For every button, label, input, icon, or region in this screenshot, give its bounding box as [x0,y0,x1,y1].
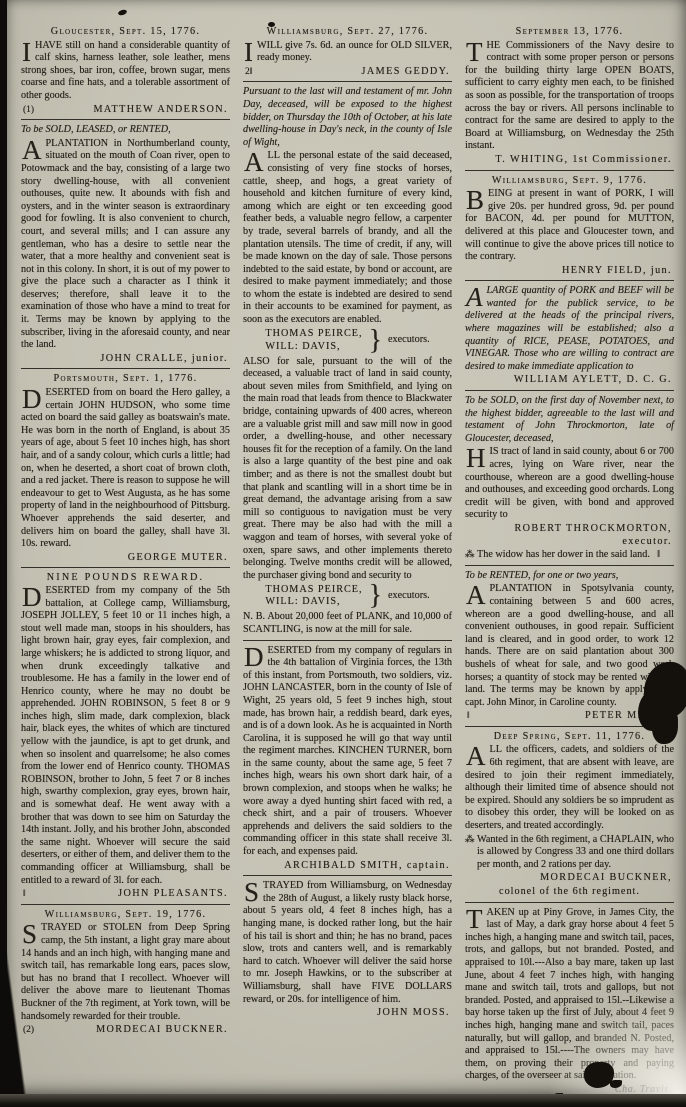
ad-body-text: ESERTED from my company of regulars in t… [243,645,452,858]
drop-cap: A [465,583,490,606]
executors-label: executors. [388,590,430,603]
ad-heading: NINE POUNDS REWARD. [21,572,230,585]
dateline: Portsmouth, Sept. 1, 1776. [21,373,230,386]
dateline: September 13, 1776. [465,26,674,39]
ad-body-text: LARGE quantity of PORK and BEEF will be … [465,285,674,372]
ad-body-text: IS tract of land in said county, about 6… [465,446,674,520]
brace-glyph: } [369,583,382,609]
ad-minor-plantation-rent: To be RENTED, for one or two years, APLA… [465,570,674,723]
signature: JOHN MOSS. [377,1007,450,1020]
page-mark: (2) [23,1024,34,1037]
executors-block: THOMAS PEIRCE, WILL: DAVIS, } executors. [243,583,452,609]
executor-name: THOMAS PEIRCE, [265,584,362,597]
ad-note: The widow has her dower in the said land… [477,549,650,562]
signature-title: colonel of the 6th regiment. [465,886,674,899]
signature: ROBERT THROCKMORTON, executor. [467,523,672,548]
signature: T. WHITING, 1st Commissioner. [495,154,672,167]
drop-cap: H [465,446,490,469]
ad-day-estate-sale: Pursuant to the last will and testament … [243,86,452,636]
separator-rule [465,565,674,566]
drop-cap: A [465,285,487,308]
ad-intro: To be RENTED, for one or two years, [465,570,674,583]
drop-cap: D [21,387,46,410]
ad-body-text: LL the personal estate of the said decea… [243,150,452,325]
signature: GEORGE MUTER. [128,552,228,565]
signature: Cha. Travis. [615,1084,672,1094]
ad-body-text: WILL give 7s. 6d. an ounce for OLD SILVE… [257,40,452,64]
signature: PETER MINOR. [585,710,672,723]
ad-body-text: ESERTED from on board the Hero galley, a… [21,387,230,549]
separator-rule [21,567,230,568]
ad-mark: (1) [23,104,34,117]
ad-body-text: TRAYED from Williamsburg, on Wednesday t… [243,880,452,1004]
executor-name: THOMAS PEIRCE, [265,328,362,341]
ad-body-text: TRAYED or STOLEN from Deep Spring camp, … [21,922,230,1021]
ad-pork-bacon-mutton: Williamsburg, Sept. 9, 1776. BEING at pr… [465,175,674,278]
drop-cap: T [465,907,487,930]
separator-rule [243,81,452,82]
separator-rule [21,904,230,905]
ad-intro: To be SOLD, on the first day of November… [465,395,674,445]
ad-body-text: HE Commissioners of the Navy desire to c… [465,40,674,152]
drop-cap: A [21,138,46,161]
signature: JOHN CRALLE, junior. [100,353,228,366]
ad-nine-pounds-reward: NINE POUNDS REWARD. DESERTED from my com… [21,572,230,900]
ad-mark: ‖ [657,549,674,562]
column-right: September 13, 1776. THE Commissioners of… [465,26,674,1086]
ad-cralle-plantation: To be SOLD, LEASED, or RENTED, APLANTATI… [21,124,230,365]
ad-strayed-mare: Williamsburg, Sept. 19, 1776. STRAYED or… [21,909,230,1037]
ad-navy-open-boats: September 13, 1776. THE Commissioners of… [465,26,674,167]
asterism-mark: ⁂ [465,549,475,562]
separator-rule [21,368,230,369]
signature: JAMES GEDDY. [362,66,451,79]
ad-note: Wanted in the 6th regiment, a CHAPLAIN, … [477,834,674,872]
separator-rule [465,390,674,391]
column-left: Gloucester, Sept. 15, 1776. IHAVE still … [21,26,230,1086]
dateline: Williamsburg, Sept. 19, 1776. [21,909,230,922]
ad-anderson-goods: Gloucester, Sept. 15, 1776. IHAVE still … [21,26,230,116]
ad-mark: ‖ [23,888,26,901]
drop-cap: S [243,880,263,903]
signature: MORDECAI BUCKNER. [96,1024,228,1037]
dateline: Gloucester, Sept. 15, 1776. [21,26,230,39]
drop-cap: A [243,150,268,173]
column-middle: Williamsburg, Sept. 27, 1776. IWILL give… [243,26,452,1086]
signature: ARCHIBALD SMITH, captain. [284,860,450,873]
drop-cap: A [465,744,490,767]
ad-mark: 2‖ [245,66,252,79]
ad-publick-service-provisions: ALARGE quantity of PORK and BEEF will be… [465,285,674,387]
ad-body-text: ALSO for sale, pursuant to the will of t… [243,356,452,583]
drop-cap: I [243,40,257,63]
ad-strayed-black-horse: STRAYED from Williamsburg, on Wednesday … [243,880,452,1020]
executors-block: THOMAS PEIRCE, WILL: DAVIS, } executors. [243,328,452,354]
ad-body-text: EING at present in want of PORK, I will … [465,188,674,262]
drop-cap: D [243,645,268,668]
newspaper-page: Gloucester, Sept. 15, 1776. IHAVE still … [7,0,686,1094]
ad-body-text: AKEN up at Piny Grove, in James City, th… [465,907,674,1082]
ad-body-text: LL the officers, cadets, and soldiers of… [465,744,674,831]
ad-sixth-regiment-orders: Deep Spring, Sept. 11, 1776. ALL the off… [465,731,674,899]
separator-rule [465,280,674,281]
separator-rule [465,902,674,903]
drop-cap: T [465,40,487,63]
page-bottom-edge [0,1094,686,1107]
nota-bene: N. B. About 20,000 feet of PLANK, and 10… [243,611,452,636]
signature: MATTHEW ANDERSON. [93,104,228,117]
dateline: Deep Spring, Sept. 11, 1776. [465,731,674,744]
ad-throckmorton-land: To be SOLD, on the first day of November… [465,395,674,562]
signature: MORDECAI BUCKNER, [540,872,672,885]
ad-body-text: HAVE still on hand a considerable quanti… [21,40,230,101]
ad-lancaster-turner-deserters: DESERTED from my company of regulars in … [243,645,452,873]
ad-hudson-deserter: Portsmouth, Sept. 1, 1776. DESERTED from… [21,373,230,564]
ad-intro: Pursuant to the last will and testament … [243,86,452,149]
executor-name: WILL: DAVIS, [265,341,362,354]
separator-rule [21,119,230,120]
brace-glyph: } [369,328,382,354]
ad-intro: To be SOLD, LEASED, or RENTED, [21,124,230,137]
dateline: Williamsburg, Sept. 9, 1776. [465,175,674,188]
drop-cap: D [21,585,46,608]
ad-mark: ‖ [467,710,470,723]
ad-body-text: PLANTATION in Spotsylvania county, conta… [465,583,674,707]
executor-name: WILL: DAVIS, [265,596,362,609]
separator-rule [465,170,674,171]
drop-cap: I [21,40,35,63]
signature: HENRY FIELD, jun. [562,265,672,278]
ad-old-silver: Williamsburg, Sept. 27, 1776. IWILL give… [243,26,452,78]
separator-rule [243,875,452,876]
separator-rule [465,726,674,727]
separator-rule [243,640,452,641]
ad-taken-up-horses: TAKEN up at Piny Grove, in James City, t… [465,907,674,1094]
ad-body-text: ESERTED from my company of the 5th batta… [21,585,230,886]
asterism-mark: ⁂ [465,834,475,847]
dateline: Williamsburg, Sept. 27, 1776. [243,26,452,39]
drop-cap: S [21,922,41,945]
drop-cap: B [465,188,488,211]
executors-label: executors. [388,334,430,347]
signature: WILLIAM AYLETT, D. C. G. [514,374,672,387]
signature: JOHN PLEASANTS. [118,888,228,901]
ad-body-text: PLANTATION in Northumberland county, sit… [21,138,230,351]
